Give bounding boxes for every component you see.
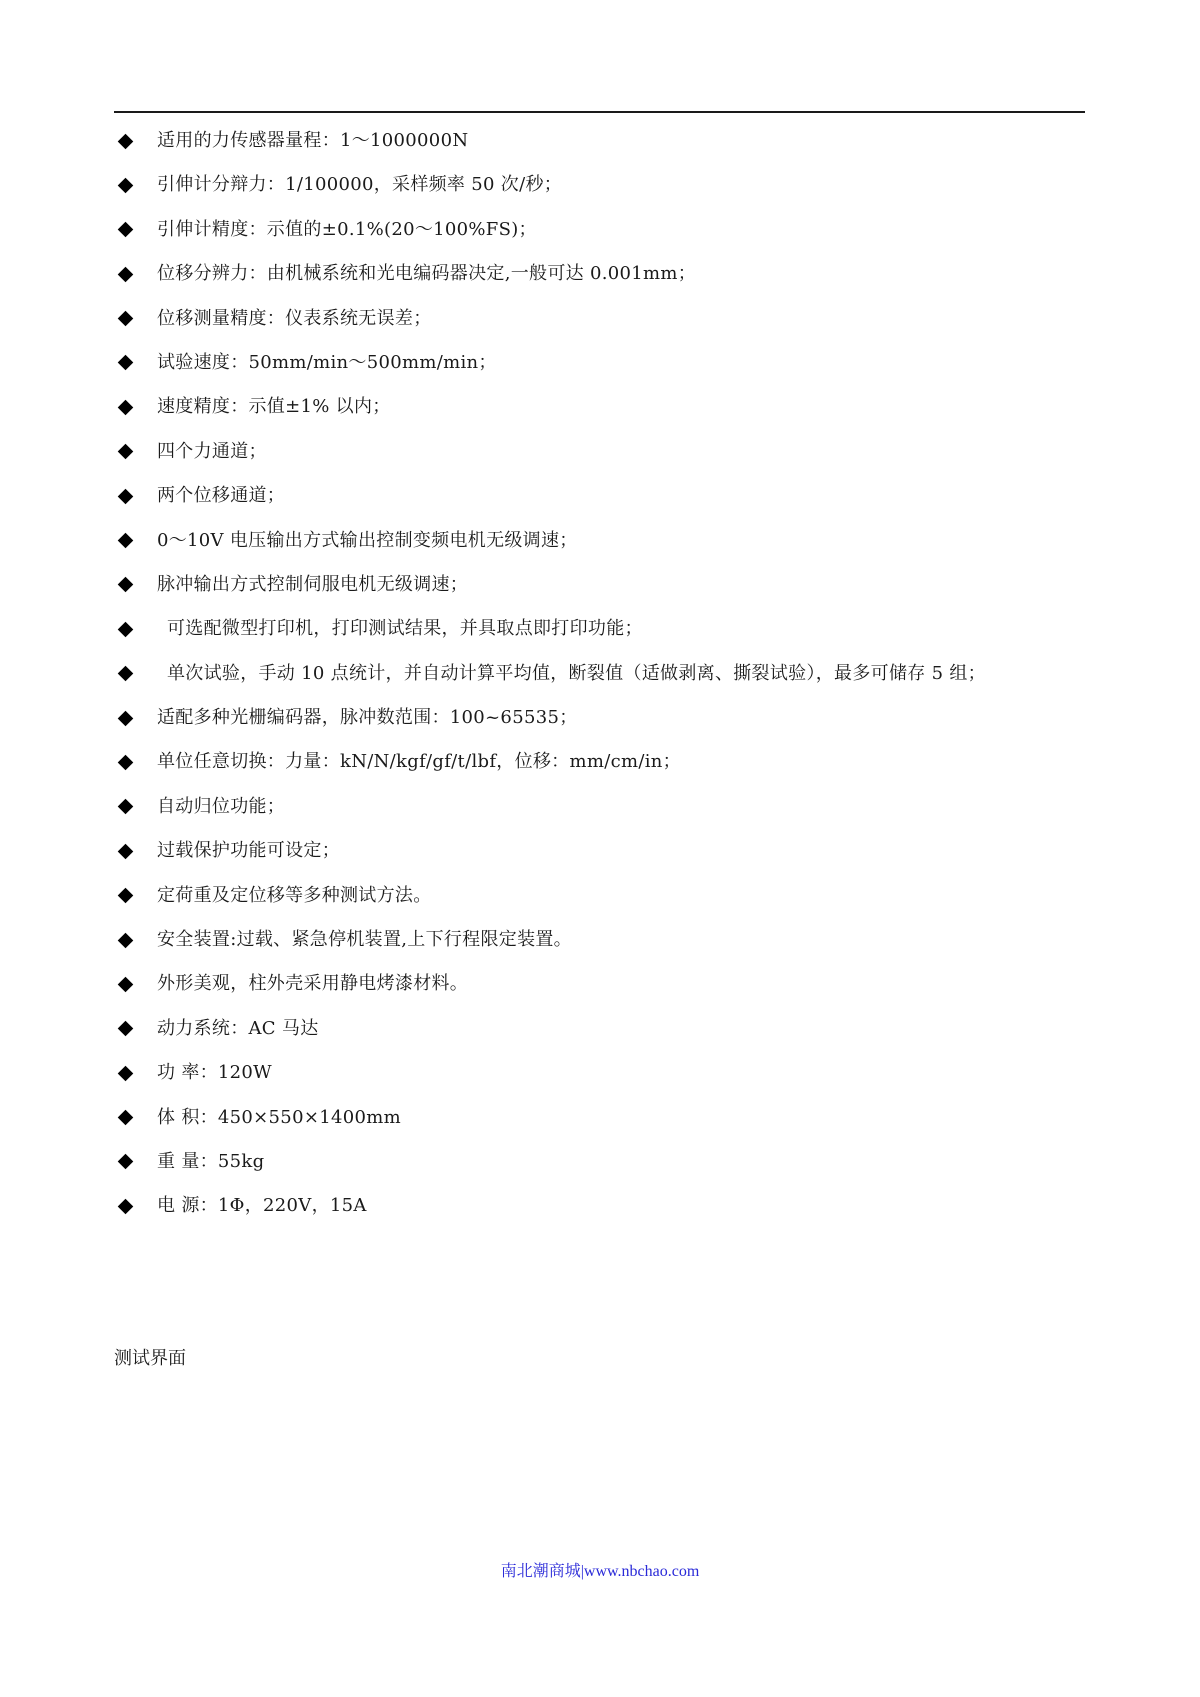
spec-text: 0～10V 电压输出方式输出控制变频电机无级调速； (157, 526, 578, 556)
spec-text: 重 量：55kg (157, 1147, 264, 1177)
diamond-bullet-icon (116, 747, 134, 777)
diamond-bullet-icon (116, 526, 134, 556)
diamond-bullet-icon (116, 126, 134, 156)
section-title: 测试界面 (114, 1344, 186, 1374)
spec-text: 安全装置:过载、紧急停机装置,上下行程限定装置。 (157, 925, 572, 955)
spec-text: 速度精度：示值±1% 以内； (157, 392, 391, 422)
diamond-bullet-icon (116, 969, 134, 999)
diamond-bullet-icon (116, 304, 134, 334)
spec-text: 电 源：1Φ，220V，15A (157, 1191, 367, 1221)
diamond-bullet-icon (116, 570, 134, 600)
diamond-bullet-icon (116, 348, 134, 378)
spec-text: 单位任意切换：力量：kN/N/kgf/gf/t/lbf，位移：mm/cm/in； (157, 747, 681, 777)
diamond-bullet-icon (116, 481, 134, 511)
footer-site-link[interactable]: 南北潮商城|www.nbchao.com (0, 1558, 1200, 1581)
diamond-bullet-icon (116, 881, 134, 911)
spec-text: 动力系统：AC 马达 (157, 1014, 319, 1044)
diamond-bullet-icon (116, 259, 134, 289)
spec-text: 引伸计精度：示值的±0.1%(20～100%FS)； (157, 215, 537, 245)
header-rule (114, 111, 1085, 113)
spec-text: 引伸计分辩力：1/100000，采样频率 50 次/秒； (157, 170, 562, 200)
diamond-bullet-icon (116, 215, 134, 245)
spec-text: 过载保护功能可设定； (157, 836, 340, 866)
spec-text: 体 积：450×550×1400mm (157, 1103, 401, 1133)
spec-text: 试验速度：50mm/min～500mm/min； (157, 348, 497, 378)
spec-text: 可选配微型打印机，打印测试结果，并具取点即打印功能； (167, 614, 643, 644)
spec-text: 脉冲输出方式控制伺服电机无级调速； (157, 570, 468, 600)
diamond-bullet-icon (116, 614, 134, 644)
diamond-bullet-icon (116, 1103, 134, 1133)
spec-text: 适用的力传感器量程：1～1000000N (157, 126, 468, 156)
diamond-bullet-icon (116, 392, 134, 422)
diamond-bullet-icon (116, 703, 134, 733)
diamond-bullet-icon (116, 1014, 134, 1044)
spec-text: 定荷重及定位移等多种测试方法。 (157, 881, 432, 911)
spec-text: 两个位移通道； (157, 481, 285, 511)
spec-text: 位移分辨力：由机械系统和光电编码器决定,一般可达 0.001mm； (157, 259, 696, 289)
spec-text: 适配多种光栅编码器，脉冲数范围：100~65535； (157, 703, 578, 733)
diamond-bullet-icon (116, 437, 134, 467)
diamond-bullet-icon (116, 659, 134, 689)
spec-text: 位移测量精度：仪表系统无误差； (157, 304, 432, 334)
diamond-bullet-icon (116, 1191, 134, 1221)
spec-text: 外形美观，柱外壳采用静电烤漆材料。 (157, 969, 468, 999)
diamond-bullet-icon (116, 1058, 134, 1088)
spec-text: 单次试验，手动 10 点统计，并自动计算平均值，断裂值（适做剥离、撕裂试验），最… (167, 659, 986, 689)
diamond-bullet-icon (116, 1147, 134, 1177)
spec-text: 四个力通道； (157, 437, 267, 467)
spec-text: 自动归位功能； (157, 792, 285, 822)
diamond-bullet-icon (116, 792, 134, 822)
diamond-bullet-icon (116, 836, 134, 866)
diamond-bullet-icon (116, 925, 134, 955)
spec-text: 功 率：120W (157, 1058, 272, 1088)
diamond-bullet-icon (116, 170, 134, 200)
